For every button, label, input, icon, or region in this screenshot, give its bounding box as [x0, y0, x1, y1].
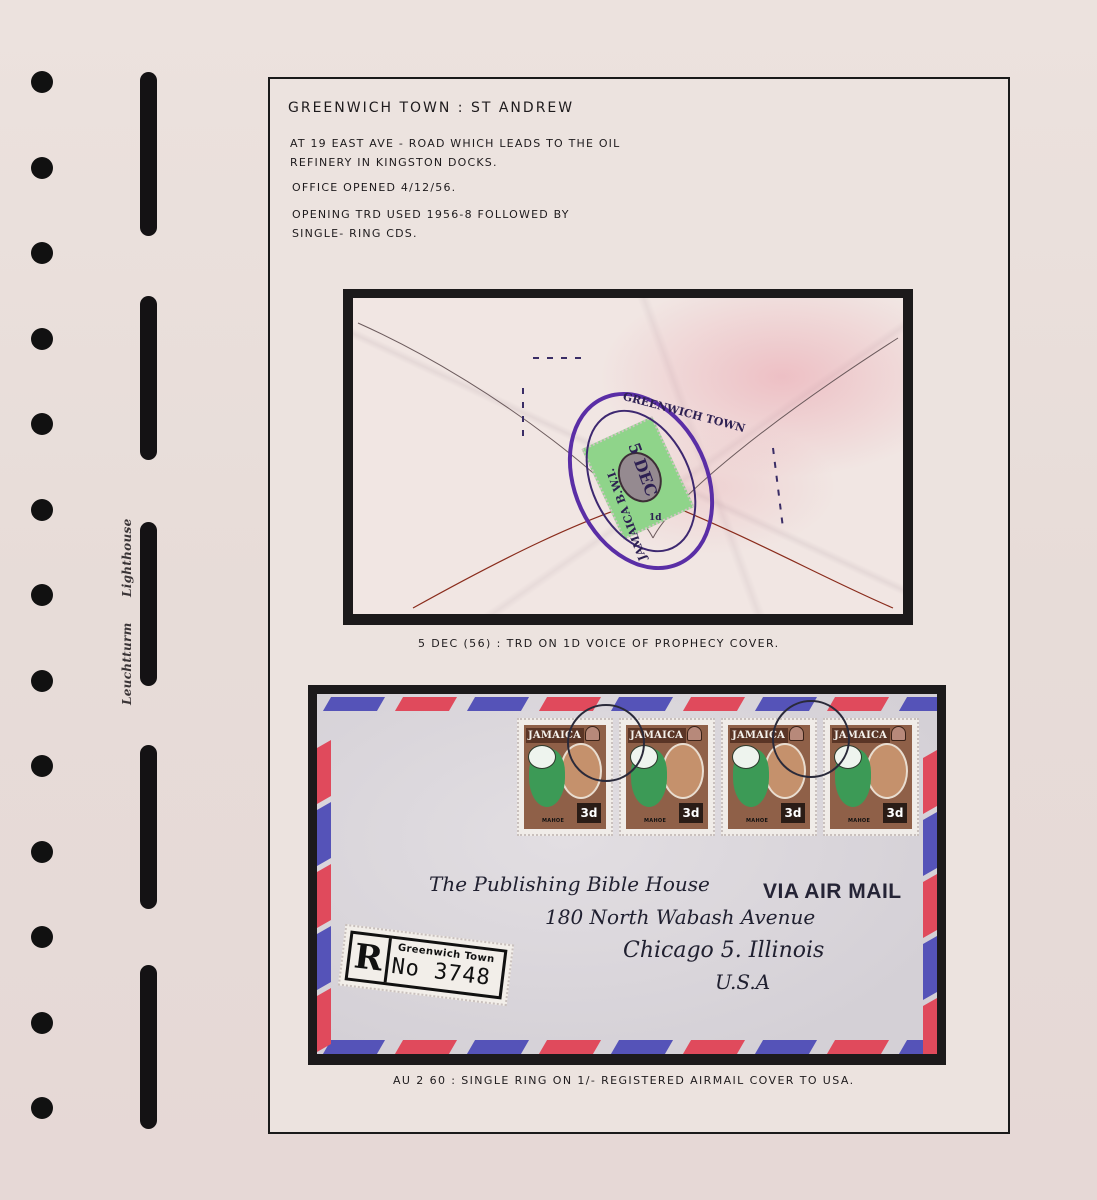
binder-hole — [31, 242, 53, 264]
airmail-stripe — [923, 874, 937, 938]
stamp-value: 3d — [577, 803, 601, 823]
stamp-value: 1d — [649, 513, 662, 523]
airmail-stripe — [683, 1040, 745, 1054]
binder-slot — [140, 965, 157, 1129]
note-line: Opening TRD used 1956-8 followed by — [292, 208, 570, 221]
airmail-stripe — [317, 740, 331, 804]
binder-hole — [31, 157, 53, 179]
airmail-stripe — [755, 1040, 817, 1054]
registration-letter: R — [348, 934, 392, 982]
via-air-mail-label: VIA AIR MAIL — [763, 880, 902, 904]
crown-icon — [891, 726, 906, 741]
airmail-stripe — [395, 1040, 457, 1054]
brand-lighthouse: Lighthouse — [120, 519, 134, 598]
cover-1-caption: 5 Dec (56) : TRD on 1d Voice of Prophecy… — [418, 637, 780, 650]
binder-slot — [140, 72, 157, 236]
airmail-stripe — [827, 1040, 889, 1054]
binder-slot — [140, 522, 157, 686]
binder-hole — [31, 71, 53, 93]
stamp-value: 3d — [883, 803, 907, 823]
airmail-stripe — [683, 697, 745, 711]
page-title: Greenwich Town : St Andrew — [288, 100, 574, 116]
binder-slot — [140, 745, 157, 909]
binder-hole — [31, 926, 53, 948]
airmail-stripe — [899, 697, 937, 711]
airmail-stripe — [317, 988, 331, 1052]
airmail-stripe — [923, 998, 937, 1054]
airmail-stripe — [317, 864, 331, 928]
binder-hole — [31, 328, 53, 350]
address-line: Chicago 5. Illinois — [623, 938, 824, 963]
airmail-stripe — [323, 697, 385, 711]
note-line: single- ring CDS. — [292, 227, 418, 240]
cds-postmark — [567, 704, 645, 782]
binder-hole — [31, 1012, 53, 1034]
airmail-stripe — [395, 697, 457, 711]
binder-hole — [31, 755, 53, 777]
binder-slot — [140, 296, 157, 460]
airmail-stripe — [611, 1040, 673, 1054]
stamp-plant-name: MAHOE — [542, 818, 564, 824]
binder-hole — [31, 670, 53, 692]
airmail-stripe — [467, 697, 529, 711]
airmail-stripe — [317, 926, 331, 990]
binder-hole — [31, 1097, 53, 1119]
note-line: Office opened 4/12/56. — [292, 181, 456, 194]
airmail-stripe — [923, 812, 937, 876]
binder-hole — [31, 841, 53, 863]
queen-portrait — [866, 743, 908, 799]
airmail-stripe — [923, 750, 937, 814]
binder-hole — [31, 499, 53, 521]
address-line: U.S.A — [715, 970, 770, 994]
cover-back-envelope: GREENWICH TOWN JAMAICA B.W.I. 5 DEC 1d — [343, 289, 913, 625]
cover-airmail-front: JAMAICA3dMAHOEJAMAICA3dMAHOEJAMAICA3dMAH… — [308, 685, 946, 1065]
airmail-stripe — [317, 802, 331, 866]
stamp-plant-name: MAHOE — [746, 818, 768, 824]
airmail-stripe — [539, 1040, 601, 1054]
crown-icon — [687, 726, 702, 741]
cds-postmark — [772, 700, 850, 778]
airmail-stripe — [923, 936, 937, 1000]
note-line: Refinery in Kingston Docks. — [290, 156, 498, 169]
note-line: At 19 East Ave - Road which leads to the… — [290, 137, 620, 150]
airmail-stripe — [467, 1040, 529, 1054]
stamp-value: 3d — [781, 803, 805, 823]
binder-hole — [31, 413, 53, 435]
brand-leuchtturm: Leuchtturm — [120, 622, 134, 705]
cover-2-caption: AU 2 60 : Single ring on 1/- registered … — [393, 1074, 854, 1087]
stamp-value: 3d — [679, 803, 703, 823]
address-line: 180 North Wabash Avenue — [545, 905, 815, 929]
binder-hole — [31, 584, 53, 606]
address-line: The Publishing Bible House — [429, 872, 710, 896]
queen-portrait — [662, 743, 704, 799]
stamp-plant-name: MAHOE — [848, 818, 870, 824]
airmail-stripe — [323, 1040, 385, 1054]
stamp-plant-name: MAHOE — [644, 818, 666, 824]
registration-label: R Greenwich Town No 3748 — [338, 924, 514, 1006]
